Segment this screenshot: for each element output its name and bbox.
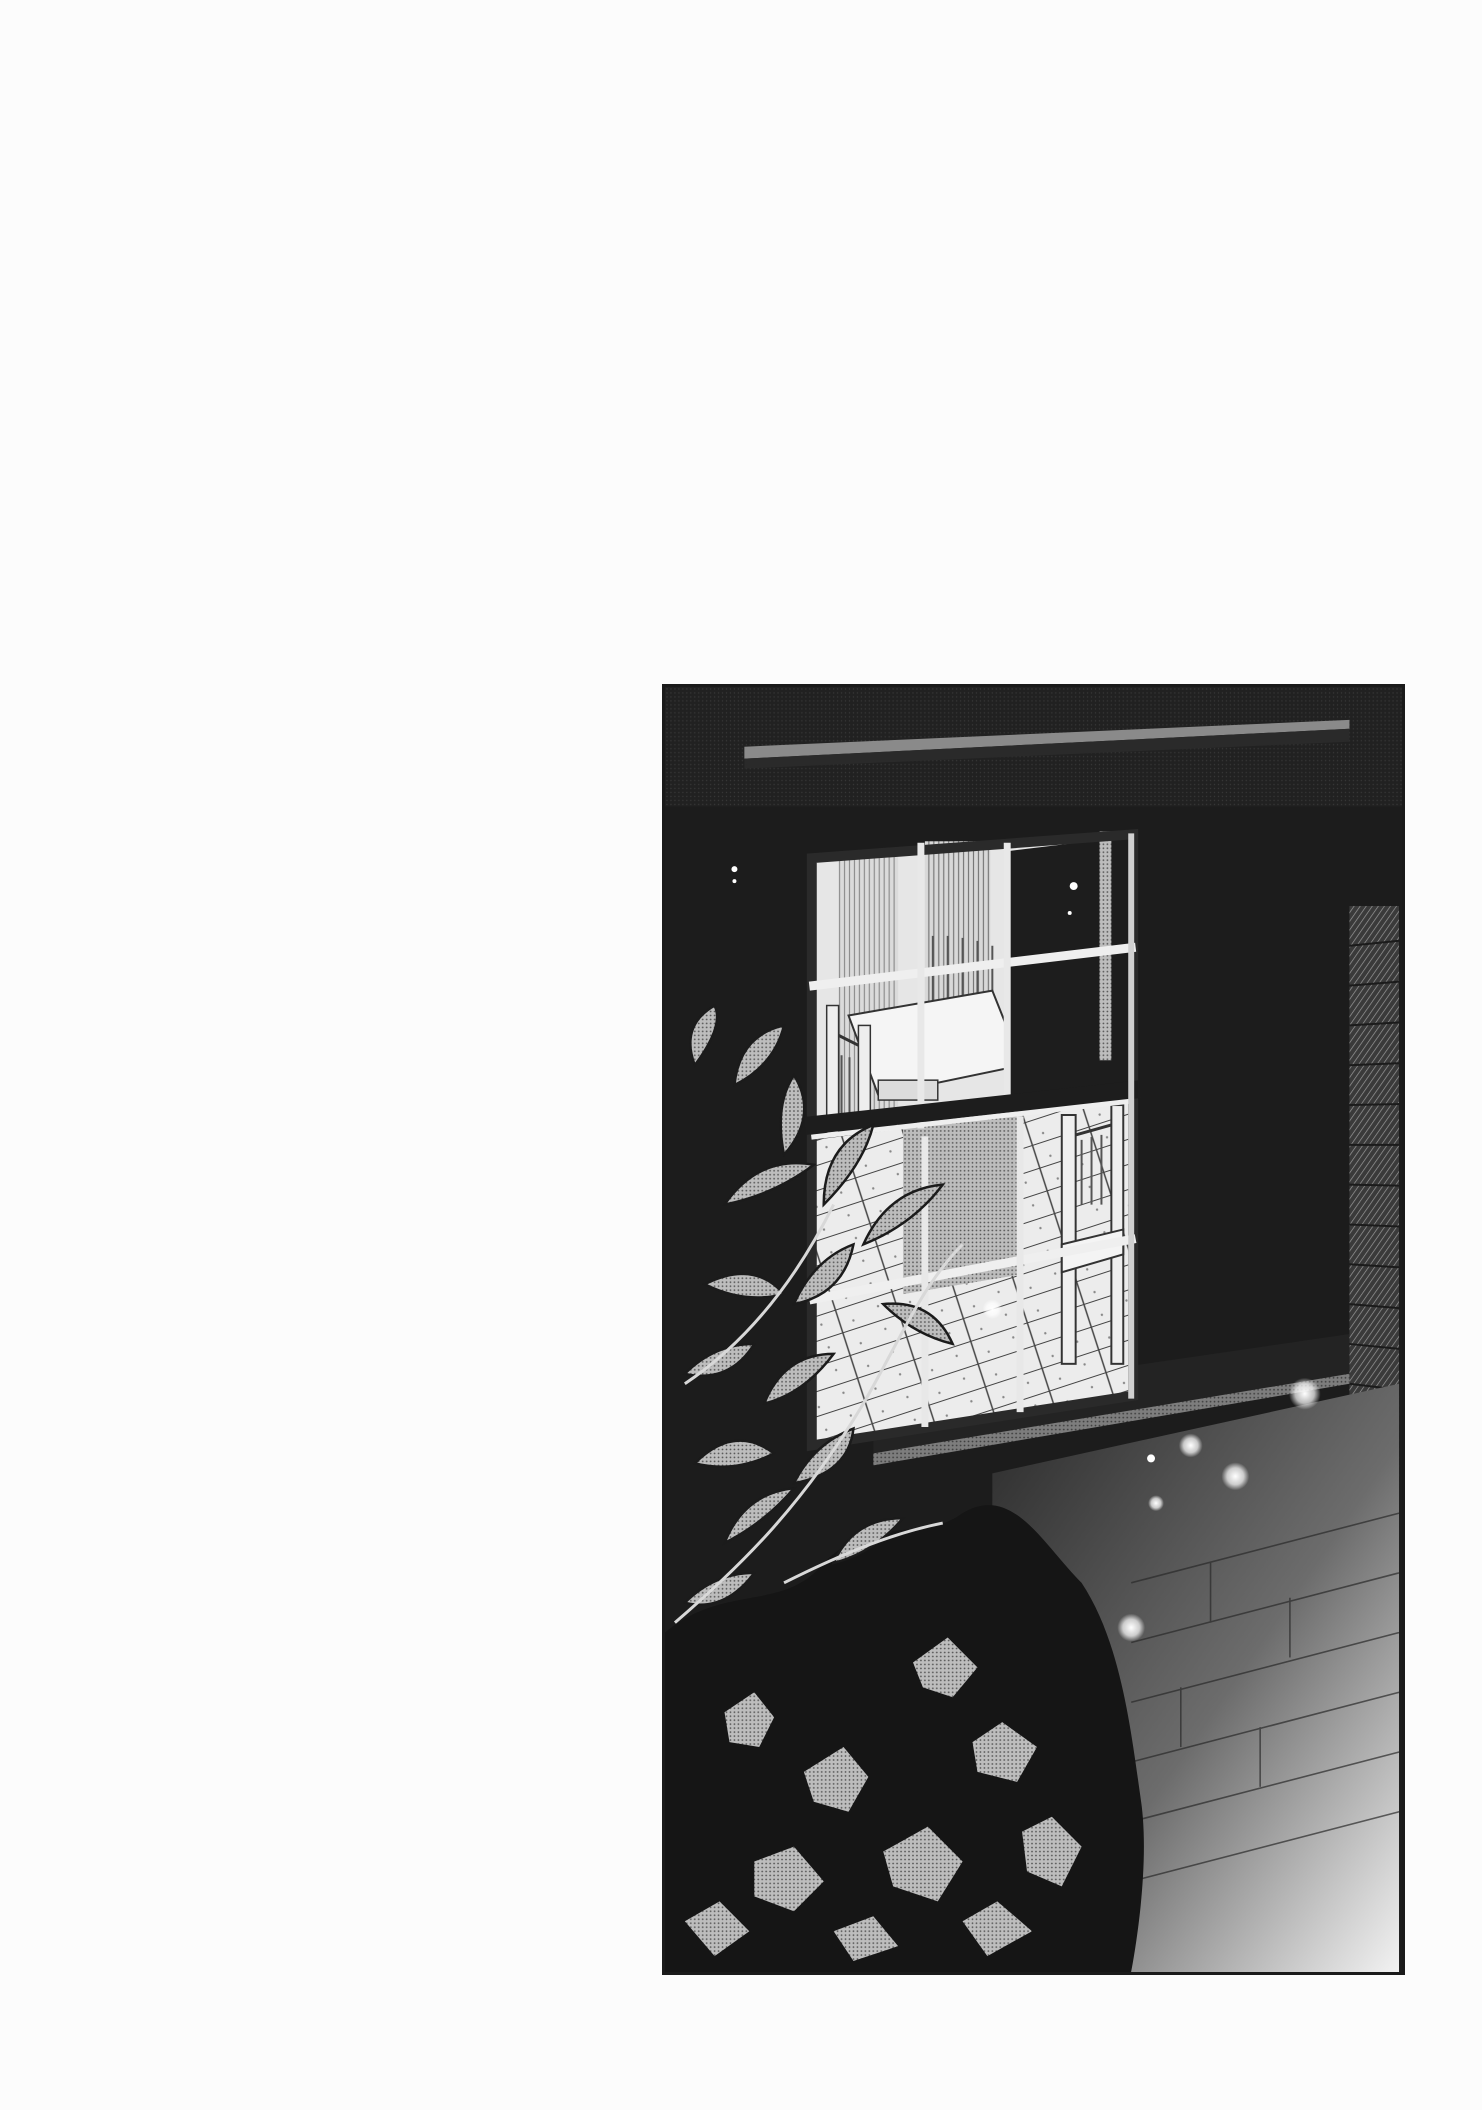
window-night-illustration xyxy=(665,687,1402,1972)
illustration-panel xyxy=(662,684,1405,1975)
manga-page xyxy=(0,0,1482,2110)
